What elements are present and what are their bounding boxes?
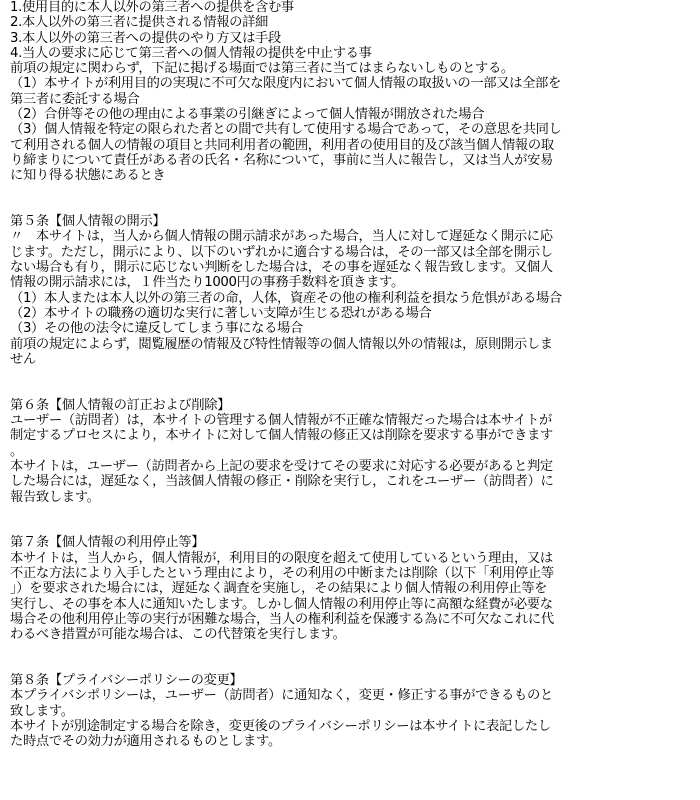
list-item: 1.使用目的に本人以外の第三者への提供を含む事 [10,0,700,15]
paragraph-line: 制定するプロセスにより，本サイトに対して個人情報の修正又は削除を要求する事ができ… [10,428,700,443]
section-spacer [10,184,700,215]
paragraph-line: 報告致します。 [10,490,700,505]
list-item: 2.本人以外の第三者に提供される情報の詳細 [10,15,700,30]
list-item: （2）本サイトの職務の適切な実行に著しい支障が生じる恐れがある場合 [10,306,700,321]
paragraph-line: 第三者に委託する場合 [10,92,700,107]
section-spacer [10,642,700,673]
article-5-heading: 第５条【個人情報の開示】 [10,214,700,229]
article-8-section: 第８条【プライバシーポリシーの変更】 本プライバシポリシーは，ユーザー（訪問者）… [10,673,700,749]
paragraph-line: 〃 本サイトは，当人から個人情報の開示請求があった場合，当人に対して遅延なく開示… [10,229,700,244]
paragraph-line: 致します。 [10,704,700,719]
paragraph-line: ない場合も有り，開示に応じない判断をした場合は，その事を遅延なく報告致します。又… [10,260,700,275]
article-7-section: 第７条【個人情報の利用停止等】 本サイトは，当人から，個人情報が，利用目的の限度… [10,535,700,642]
paragraph-line: した場合には，遅延なく，当該個人情報の修正・削除を実行し，これをユーザー（訪問者… [10,474,700,489]
paragraph-line: ユーザー（訪問者）は，本サイトの管理する個人情報が不正確な情報だった場合は本サイ… [10,413,700,428]
paragraph-line: 本サイトが別途制定する場合を除き，変更後のプライバシーポリシーは本サイトに表記し… [10,719,700,734]
article-6-section: 第６条【個人情報の訂正および削除】 ユーザー（訪問者）は，本サイトの管理する個人… [10,398,700,505]
list-item: （3）個人情報を特定の限られた者との間で共有して使用する場合であって，その意思を… [10,122,700,137]
paragraph-line: て利用される個人の情報の項目と共同利用者の範囲，利用者の使用目的及び該当個人情報… [10,138,700,153]
section-spacer [10,505,700,536]
paragraph-line: 。 [10,444,700,459]
paragraph-line: せん [10,352,700,367]
paragraph-line: じます。ただし，開示により、以下のいずれかに適合する場合は，その一部又は全部を開… [10,245,700,260]
paragraph-line: 本サイトは，ユーザー（訪問者から上記の要求を受けてその要求に対応する必要があると… [10,459,700,474]
list-item: （1）本サイトが利用目的の実現に不可欠な限度内において個人情報の取扱いの一部又は… [10,76,700,91]
article-7-heading: 第７条【個人情報の利用停止等】 [10,535,700,550]
privacy-policy-document: 1.使用目的に本人以外の第三者への提供を含む事 2.本人以外の第三者に提供される… [0,0,700,750]
paragraph-line: わるべき措置が可能な場合は、この代替策を実行します。 [10,627,700,642]
article-8-heading: 第８条【プライバシーポリシーの変更】 [10,673,700,688]
paragraph-line: 不正な方法により入手したという理由により，その利用の中断または削除（以下「利用停… [10,566,700,581]
paragraph-line: 」）を要求された場合には，遅延なく調査を実施し，その結果により個人情報の利用停止… [10,581,700,596]
paragraph-line: 本プライバシポリシーは，ユーザー（訪問者）に通知なく，変更・修正する事ができるも… [10,688,700,703]
paragraph-line: 前項の規定に関わらず，下記に掲げる場面では第三者に当てはまらないしものとする。 [10,61,700,76]
list-item: 3.本人以外の第三者への提供のやり方又は手段 [10,31,700,46]
list-item: （2）合併等その他の理由による事業の引継ぎによって個人情報が開放された場合 [10,107,700,122]
list-item: （1）本人または本人以外の第三者の命，人体，資産その他の権利利益を損なう危惧があ… [10,291,700,306]
list-item: 4.当人の要求に応じて第三者への個人情報の提供を中止する事 [10,46,700,61]
third-party-provision-section: 1.使用目的に本人以外の第三者への提供を含む事 2.本人以外の第三者に提供される… [10,0,700,184]
paragraph-line: た時点でその効力が適用されるものとします。 [10,734,700,749]
paragraph-line: 情報の開示請求には，１件当たり1000円の事務手数料を頂きます。 [10,275,700,290]
paragraph-line: 場合その他利用停止等の実行が困難な場合，当人の権利利益を保護する為に不可欠なこれ… [10,612,700,627]
paragraph-line: り締まりについて責任がある者の氏名・名称について，事前に当人に報告し，又は当人が… [10,153,700,168]
paragraph-line: 実行し、その事を本人に通知いたします。しかし個人情報の利用停止等に高額な経費が必… [10,597,700,612]
article-6-heading: 第６条【個人情報の訂正および削除】 [10,398,700,413]
paragraph-line: 前項の規定によらず，閲覧履歴の情報及び特性情報等の個人情報以外の情報は，原則開示… [10,337,700,352]
article-5-section: 第５条【個人情報の開示】 〃 本サイトは，当人から個人情報の開示請求があった場合… [10,214,700,367]
list-item: （3）その他の法令に違反してしまう事になる場合 [10,321,700,336]
section-spacer [10,367,700,398]
paragraph-line: 本サイトは，当人から，個人情報が，利用目的の限度を超えて使用しているという理由，… [10,551,700,566]
paragraph-line: に知り得る状態にあるとき [10,168,700,183]
